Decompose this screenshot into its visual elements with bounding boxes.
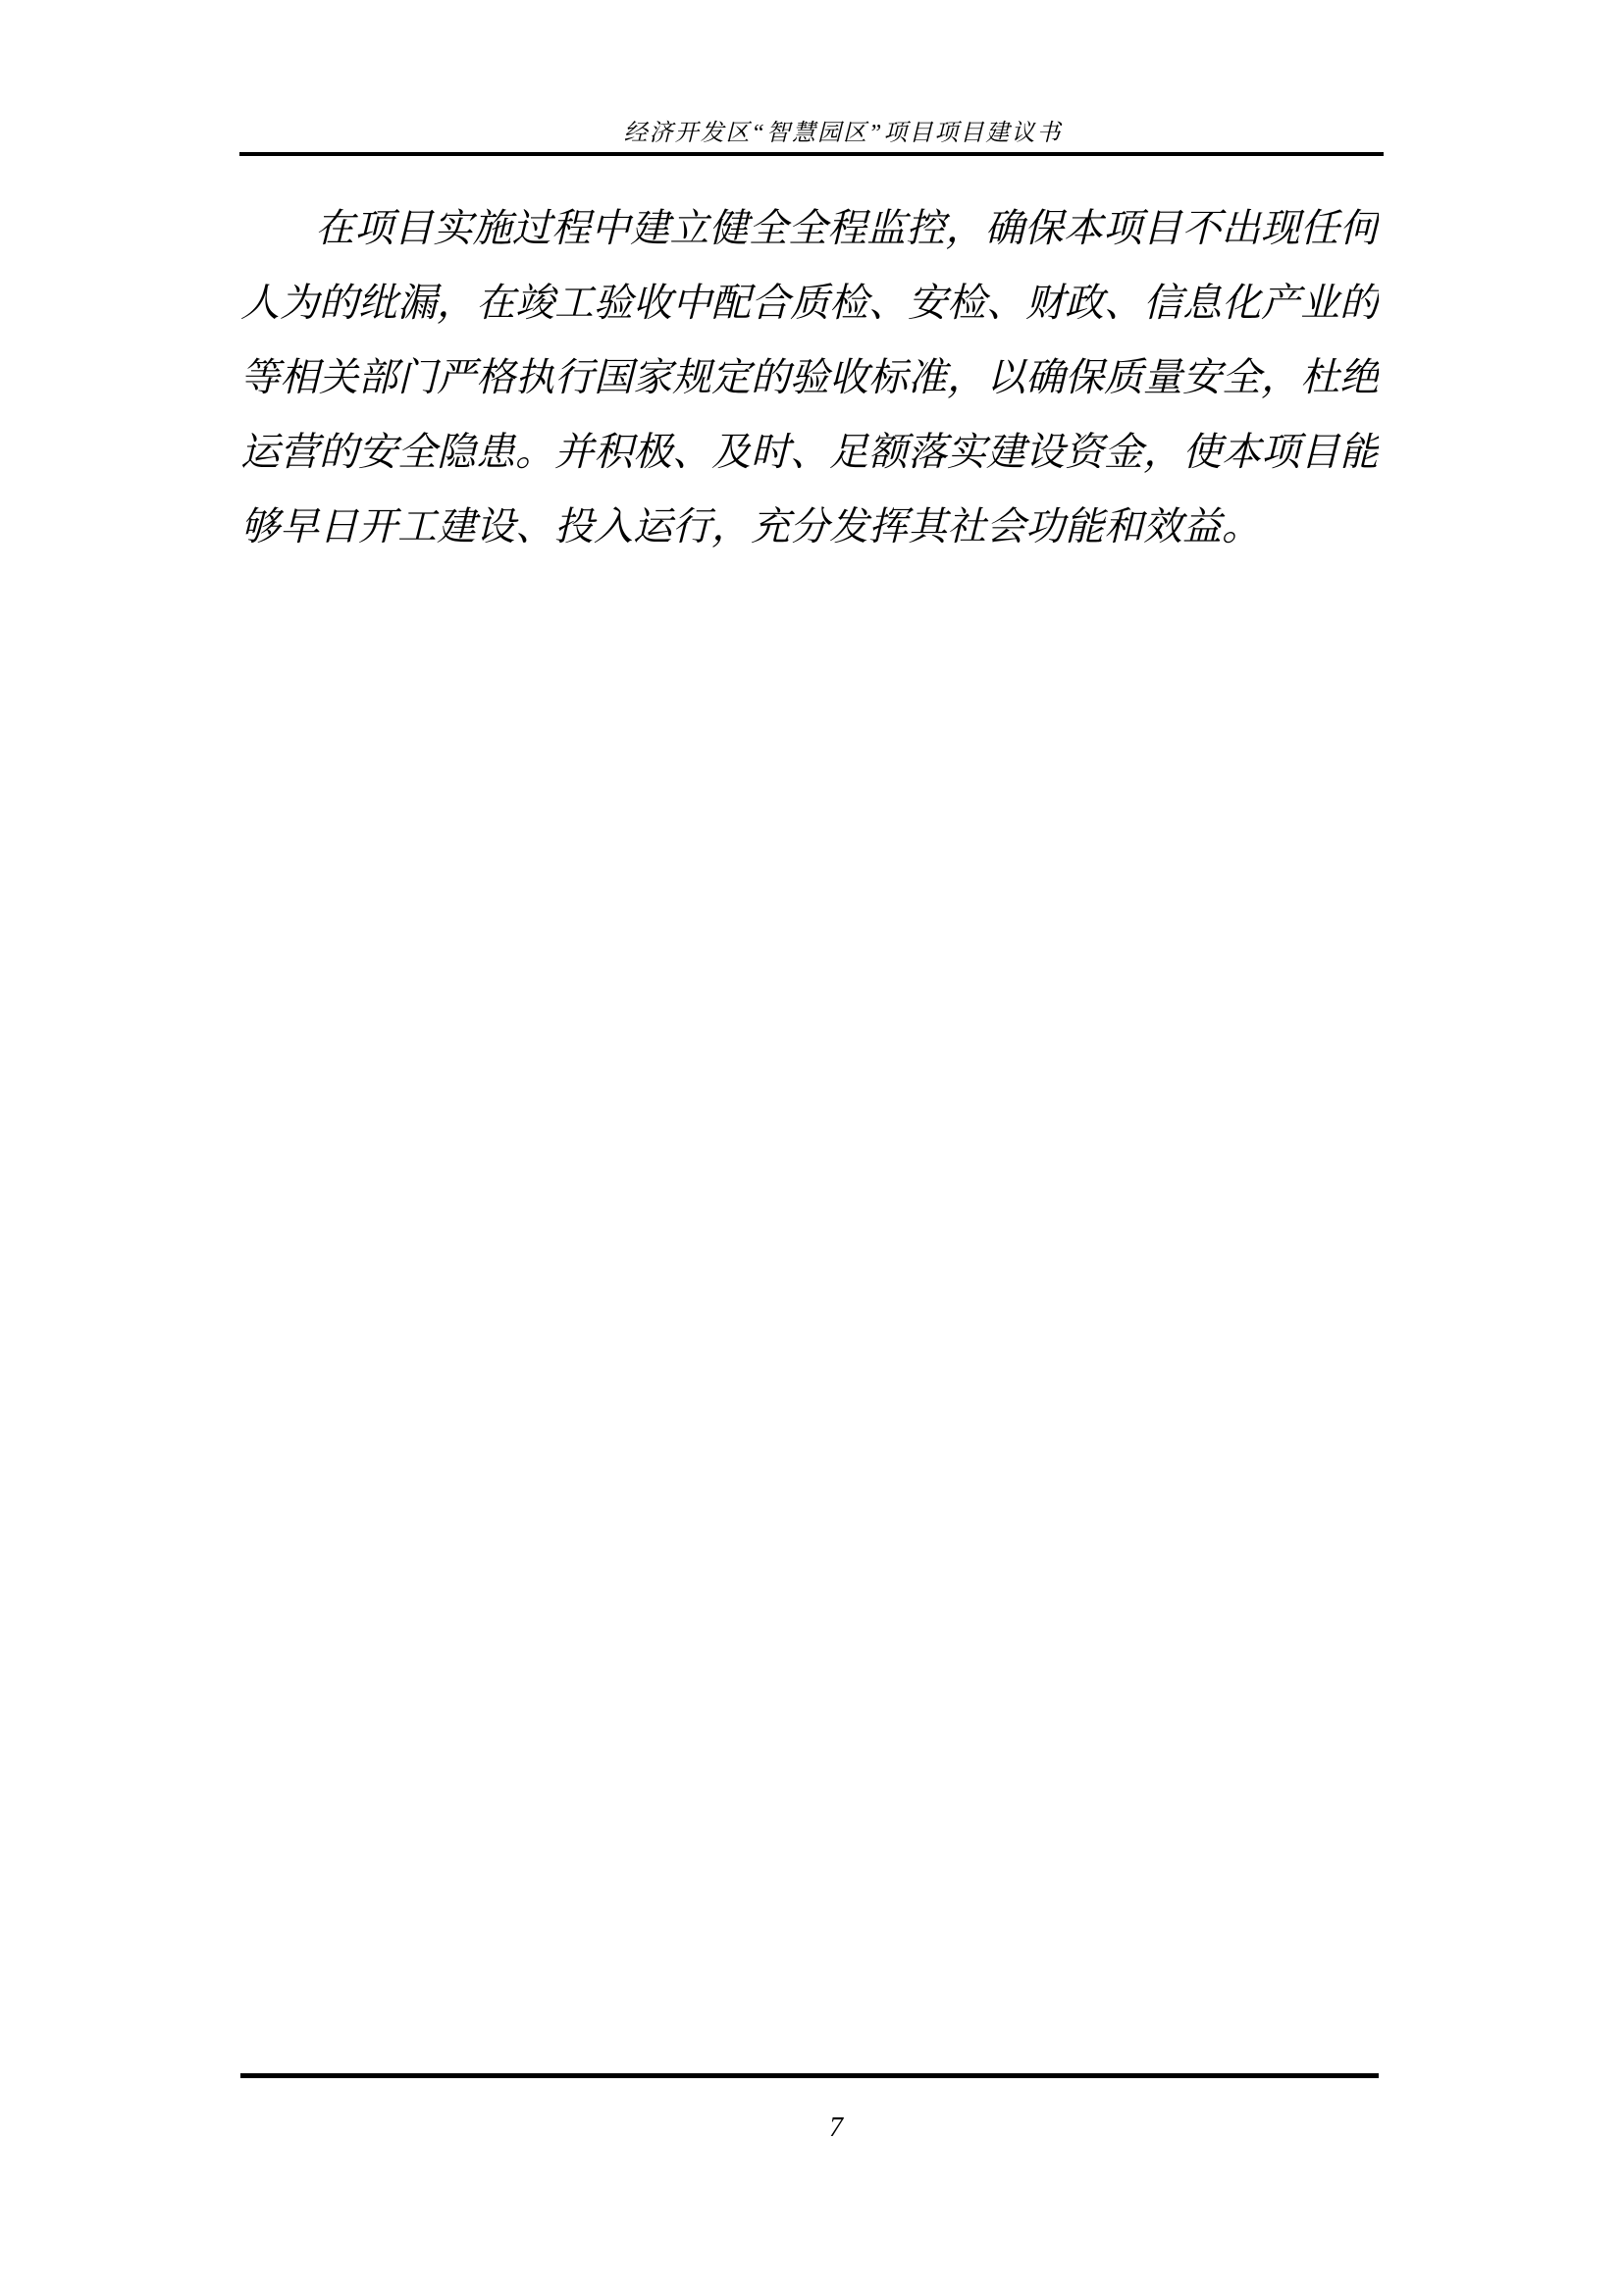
footer-rule-line bbox=[240, 2073, 1379, 2078]
document-page: 经济开发区“智慧园区”项目项目建议书 在项目实施过程中建立健全全程监控，确保本项… bbox=[0, 0, 1624, 2295]
paragraph-line-3: 等相关部门严格执行国家规定的验收标准，以确保质量安全，杜绝 bbox=[240, 340, 1379, 415]
paragraph-line-5: 够早日开工建设、投入运行，充分发挥其社会功能和效益。 bbox=[240, 490, 1379, 564]
paragraph-line-2: 人为的纰漏，在竣工验收中配合质检、安检、财政、信息化产业的 bbox=[240, 266, 1379, 340]
paragraph-line-1: 在项目实施过程中建立健全全程监控，确保本项目不出现任何 bbox=[240, 191, 1379, 266]
body-paragraph: 在项目实施过程中建立健全全程监控，确保本项目不出现任何 人为的纰漏，在竣工验收中… bbox=[240, 191, 1379, 564]
paragraph-line-4: 运营的安全隐患。并积极、及时、足额落实建设资金，使本项目能 bbox=[240, 415, 1379, 490]
header-title: 经济开发区“智慧园区”项目项目建议书 bbox=[240, 119, 1379, 148]
page-number: 7 bbox=[240, 2112, 1379, 2145]
header-rule-line bbox=[239, 152, 1384, 156]
